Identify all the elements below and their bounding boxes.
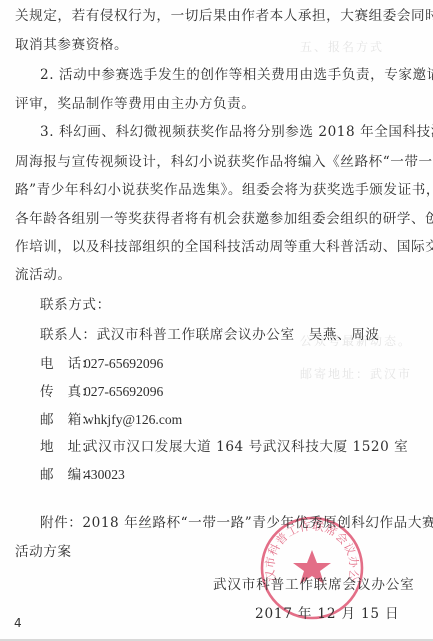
document-page: 五、报名方式 公众号最新动态。 邮寄地址：武汉市 关规定，若有侵权行为，一切后果… [0, 0, 433, 641]
contact-email-row: 邮箱：whkjfy@126.com [40, 411, 182, 429]
bleed-through-text: 邮寄地址：武汉市 [300, 365, 412, 382]
email-value: whkjfy@126.com [84, 412, 182, 427]
contact-person-row: 联系人：武汉市科普工作联席会议办公室 吴燕、周波 [40, 326, 379, 344]
contact-person-label: 联系人： [40, 327, 97, 343]
signature-organization: 武汉市科普工作联席会议办公室 [213, 576, 415, 594]
paragraph-line: 关规定，若有侵权行为，一切后果由作者本人承担，大赛组委会同时 [15, 7, 433, 25]
paragraph-line: 评审，奖品制作等费用由主办方负责。 [15, 95, 255, 113]
attachment-line: 活动方案 [15, 543, 72, 561]
fax-value: 027-65692096 [84, 384, 163, 399]
contact-heading: 联系方式： [40, 296, 111, 314]
paragraph-line: 3. 科幻画、科幻微视频获奖作品将分别参选 2018 年全国科技活动 [40, 123, 433, 141]
paragraph-line: 2. 活动中参赛选手发生的创作等相关费用由选手负责，专家邀请、 [40, 66, 433, 84]
paragraph-line: 各年龄各组别一等奖获得者将有机会获邀参加组委会组织的研学、创 [15, 210, 433, 228]
contact-address-row: 地址：武汉市汉口发展大道 164 号武汉科技大厦 1520 室 [40, 438, 408, 456]
phone-value: 027-65692096 [84, 356, 163, 371]
paragraph-line: 路”青少年科幻小说获奖作品选集》。组委会将为获奖选手颁发证书， [15, 181, 433, 199]
address-value: 武汉市汉口发展大道 164 号武汉科技大厦 1520 室 [84, 439, 408, 455]
bleed-through-text: 五、报名方式 [300, 38, 384, 55]
contact-person-value: 武汉市科普工作联席会议办公室 吴燕、周波 [97, 327, 380, 343]
postcode-label-char: 邮 [40, 467, 54, 483]
postcode-value: 430023 [84, 467, 125, 482]
paragraph-line: 作培训，以及科技部组织的全国科技活动周等重大科普活动、国际交 [15, 238, 433, 256]
page-number: 4 [14, 616, 22, 630]
contact-phone-row: 电话：027-65692096 [40, 355, 163, 373]
email-label-char: 邮 [40, 412, 54, 428]
attachment-line: 附件：2018 年丝路杯“一带一路”青少年优秀原创科幻作品大赛 [40, 514, 433, 532]
paragraph-line: 周海报与宣传视频设计，科幻小说获奖作品将编入《丝路杯“一带一 [15, 153, 433, 171]
phone-label-char: 电 [40, 356, 54, 372]
fax-label-char: 传 [40, 384, 54, 400]
signature-date: 2017 年 12 月 15 日 [255, 605, 399, 623]
address-label-char: 地 [40, 439, 54, 455]
paragraph-line: 流活动。 [15, 266, 72, 284]
contact-fax-row: 传真：027-65692096 [40, 383, 163, 401]
paragraph-line: 取消其参赛资格。 [15, 36, 128, 54]
contact-postcode-row: 邮编：430023 [40, 466, 125, 484]
